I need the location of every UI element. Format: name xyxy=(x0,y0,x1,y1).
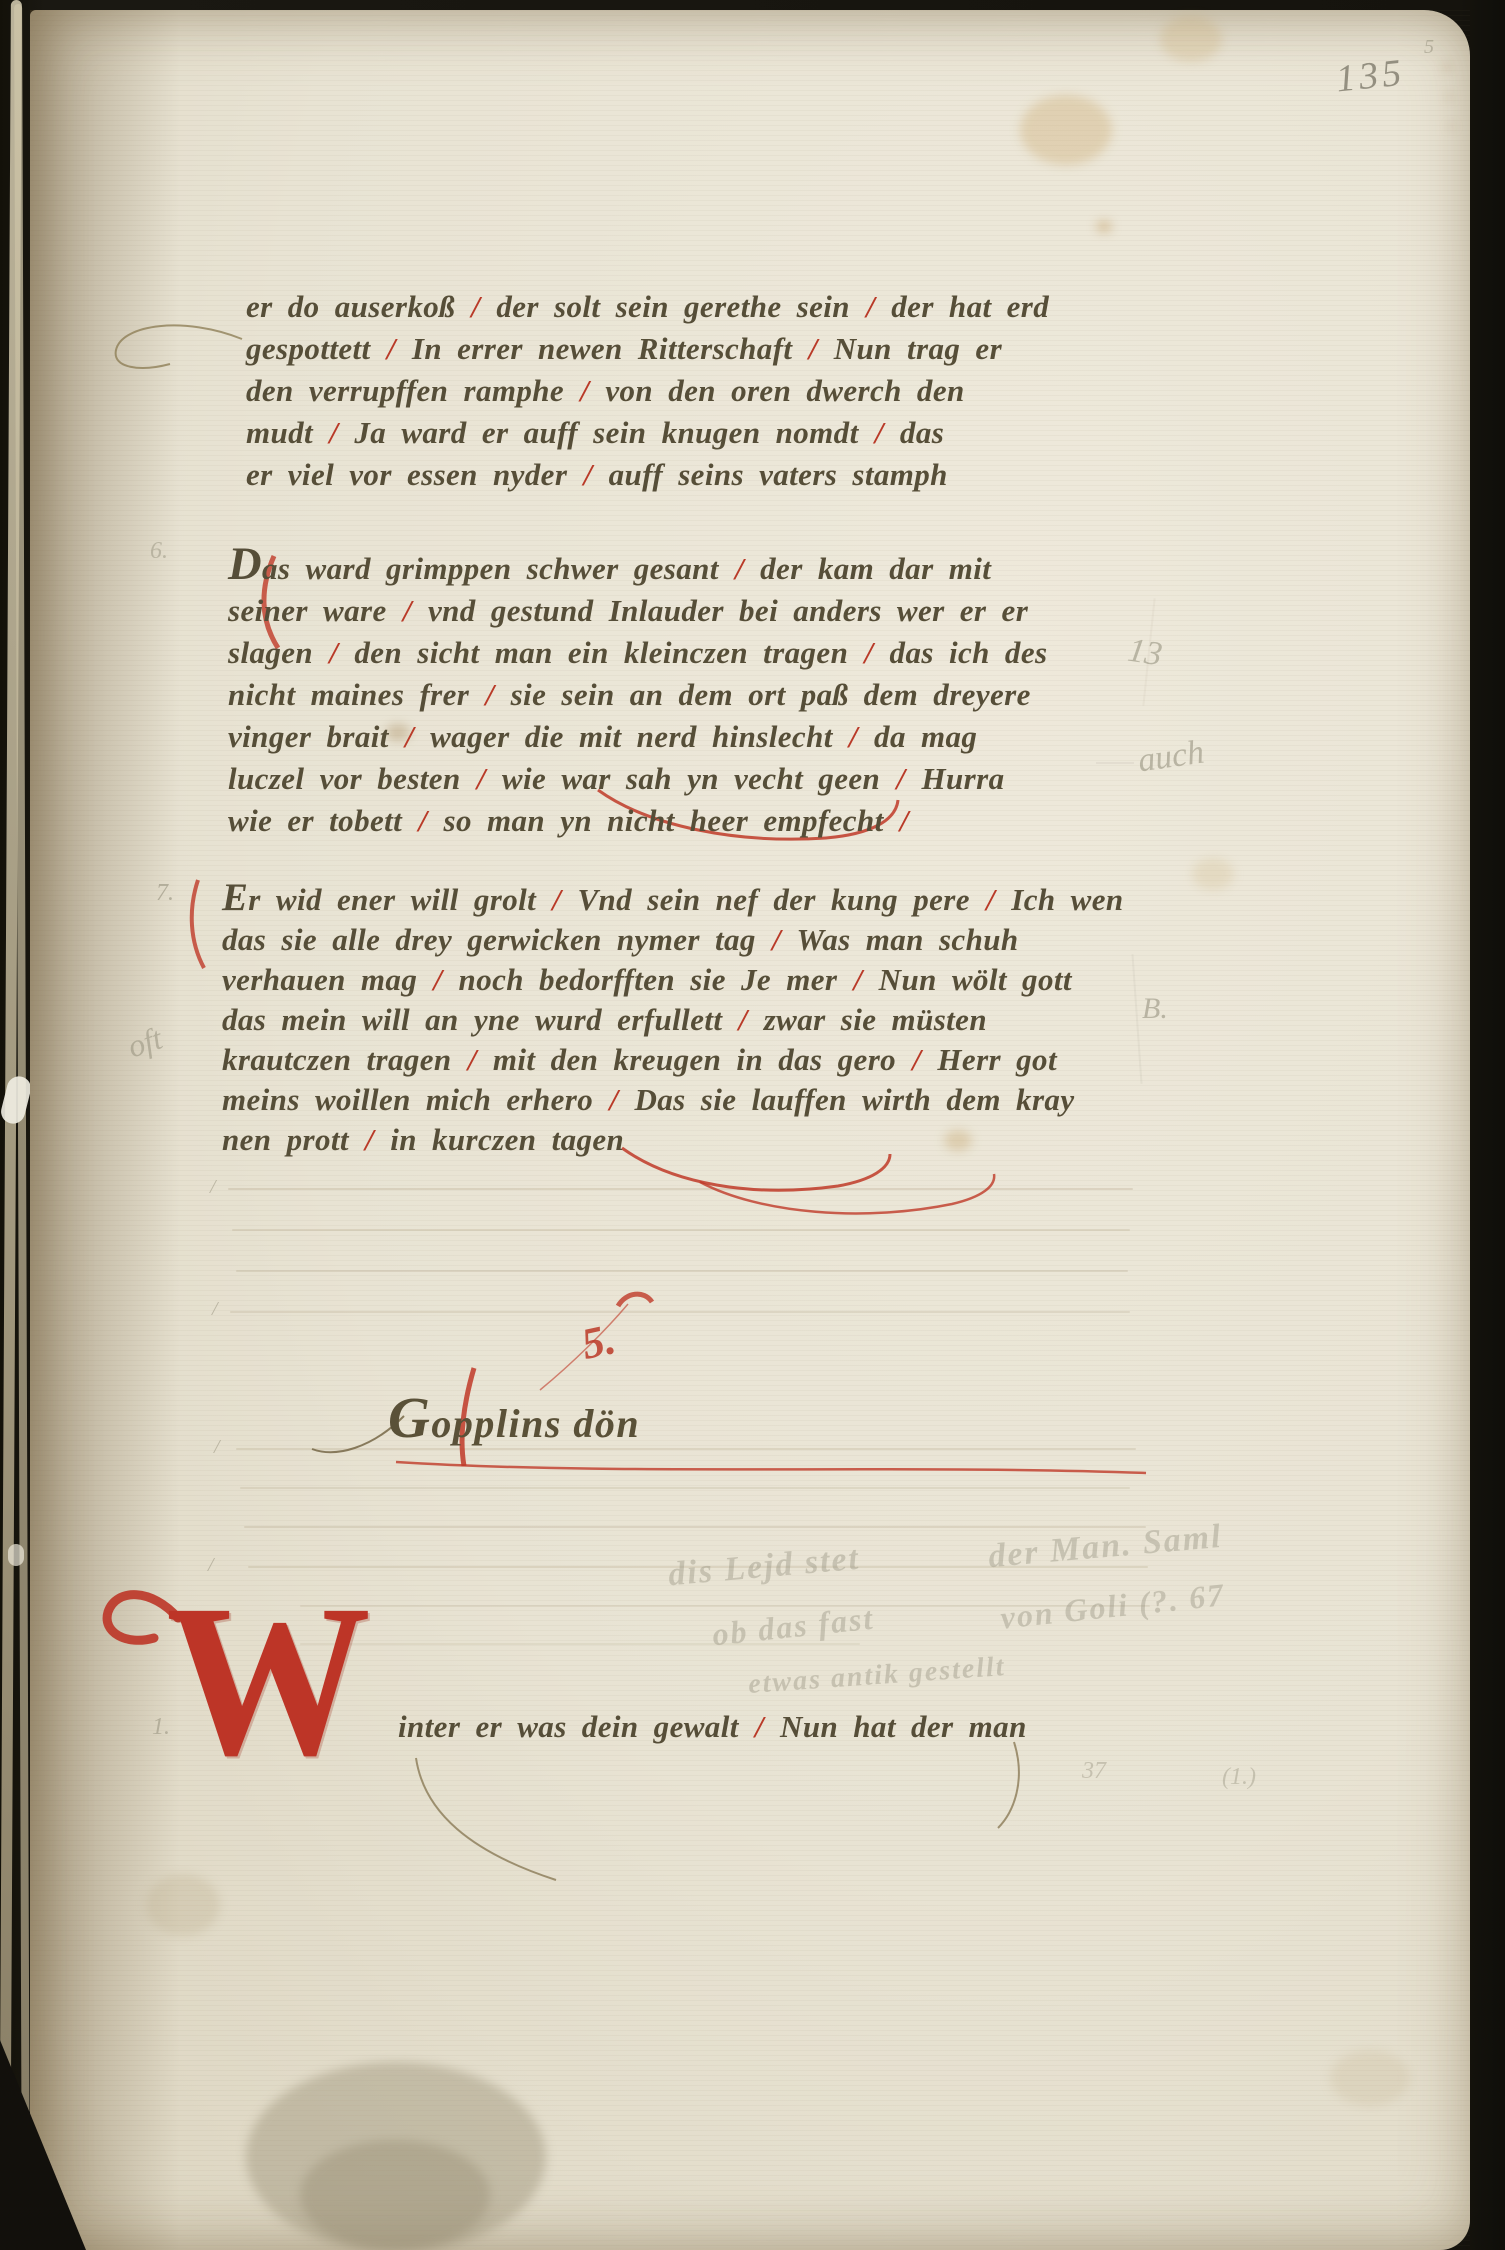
manuscript-line: den verrupffen ramphe / von den oren dwe… xyxy=(246,370,1049,412)
manuscript-line: nen prott / in kurczen tagen xyxy=(222,1120,1124,1160)
red-virgule: / xyxy=(863,635,874,670)
manuscript-line: er viel vor essen nyder / auff seins vat… xyxy=(246,454,1049,496)
manuscript-photo: / / / / 135 5 er do auserkoß / der solt … xyxy=(0,0,1505,2250)
section-heading: Gopplins dön xyxy=(388,1384,640,1451)
manuscript-line: nicht maines frer / sie sein an dem ort … xyxy=(228,674,1047,716)
manuscript-line: meins woillen mich erhero / Das sie lauf… xyxy=(222,1080,1124,1120)
stain xyxy=(1020,95,1112,165)
red-virgule: / xyxy=(985,882,996,917)
pencil-mark-1: (1.) xyxy=(1222,1764,1256,1791)
red-virgule: / xyxy=(734,551,745,586)
manuscript-line: das sie alle drey gerwicken nymer tag / … xyxy=(222,920,1124,960)
manuscript-line: Das ward grimppen schwer gesant / der ka… xyxy=(228,546,1047,590)
folio-corner-mark: 5 xyxy=(1424,36,1434,59)
red-virgule: / xyxy=(432,962,443,997)
manuscript-line: luczel vor besten / wie war sah yn vecht… xyxy=(228,758,1047,800)
red-virgule: / xyxy=(895,761,906,796)
stain xyxy=(300,2140,490,2250)
red-virgule: / xyxy=(328,415,339,450)
pencil-mark-37: 37 xyxy=(1082,1758,1106,1785)
red-virgule: / xyxy=(911,1042,922,1077)
red-virgule: / xyxy=(808,331,819,366)
paragraph-3: Er wid ener will grolt / Vnd sein nef de… xyxy=(222,880,1124,1160)
red-virgule: / xyxy=(484,677,495,712)
red-virgule: / xyxy=(470,289,481,324)
red-virgule: / xyxy=(476,761,487,796)
deckle-dot xyxy=(1449,124,1454,129)
red-virgule: / xyxy=(417,803,428,838)
red-virgule: / xyxy=(754,1709,765,1744)
ruled-line xyxy=(232,1229,1130,1231)
paragraph-2: Das ward grimppen schwer gesant / der ka… xyxy=(228,546,1047,842)
paragraph-1: er do auserkoß / der solt sein gerethe s… xyxy=(246,286,1049,496)
manuscript-line: inter er was dein gewalt / Nun hat der m… xyxy=(398,1706,1027,1748)
red-virgule: / xyxy=(386,331,397,366)
manuscript-line: krautczen tragen / mit den kreugen in da… xyxy=(222,1040,1124,1080)
red-virgule: / xyxy=(865,289,876,324)
ruled-line xyxy=(236,1448,1136,1450)
ruling-tick: / xyxy=(212,1298,218,1321)
stain xyxy=(1096,220,1112,233)
margin-number-6: 6. xyxy=(150,538,168,565)
manuscript-line: Er wid ener will grolt / Vnd sein nef de… xyxy=(222,880,1124,920)
stain xyxy=(146,1874,220,1936)
manuscript-line: vinger brait / wager die mit nerd hinsle… xyxy=(228,716,1047,758)
ruled-line xyxy=(240,1487,1130,1489)
manuscript-line: gespottett / In errer newen Ritterschaft… xyxy=(246,328,1049,370)
ruling-tick: / xyxy=(210,1176,216,1199)
ruled-line xyxy=(228,1188,1133,1190)
ruled-line xyxy=(244,1526,1146,1528)
red-virgule: / xyxy=(899,803,910,838)
margin-pencil-dash xyxy=(1096,762,1134,764)
manuscript-line: mudt / Ja ward er auff sein knugen nomdt… xyxy=(246,412,1049,454)
red-virgule: / xyxy=(848,719,859,754)
ruling-tick: / xyxy=(214,1436,220,1459)
deckle-dot xyxy=(1447,94,1452,99)
binding-thread xyxy=(8,1544,24,1566)
ruled-line xyxy=(230,1311,1130,1313)
manuscript-line: er do auserkoß / der solt sein gerethe s… xyxy=(246,286,1049,328)
manuscript-line: das mein will an yne wurd erfullett / zw… xyxy=(222,1000,1124,1040)
red-virgule: / xyxy=(364,1122,375,1157)
book-edge-strip xyxy=(14,4,30,2248)
folio-number: 135 xyxy=(1334,51,1407,102)
deckle-dot xyxy=(1444,64,1450,70)
red-virgule: / xyxy=(328,635,339,670)
lombard-initial-w: W xyxy=(166,1572,371,1789)
red-virgule: / xyxy=(579,373,590,408)
red-virgule: / xyxy=(582,457,593,492)
stanza-first-line: inter er was dein gewalt / Nun hat der m… xyxy=(398,1706,1027,1748)
ruled-line xyxy=(236,1270,1128,1272)
red-virgule: / xyxy=(853,962,864,997)
manuscript-line: slagen / den sicht man ein kleinczen tra… xyxy=(228,632,1047,674)
red-virgule: / xyxy=(551,882,562,917)
red-virgule: / xyxy=(738,1002,749,1037)
red-virgule: / xyxy=(404,719,415,754)
manuscript-line: verhauen mag / noch bedorfften sie Je me… xyxy=(222,960,1124,1000)
margin-number-7: 7. xyxy=(156,880,174,907)
red-virgule: / xyxy=(402,593,413,628)
stain xyxy=(1160,16,1222,62)
manuscript-line: wie er tobett / so man yn nicht heer emp… xyxy=(228,800,1047,842)
stain xyxy=(1192,858,1234,890)
red-virgule: / xyxy=(874,415,885,450)
red-virgule: / xyxy=(467,1042,478,1077)
margin-note-13: 13 xyxy=(1125,632,1165,675)
manuscript-line: seiner ware / vnd gestund Inlauder bei a… xyxy=(228,590,1047,632)
margin-note-b: B. xyxy=(1142,992,1168,1026)
red-virgule: / xyxy=(771,922,782,957)
stain xyxy=(1330,2050,1410,2106)
red-virgule: / xyxy=(608,1082,619,1117)
